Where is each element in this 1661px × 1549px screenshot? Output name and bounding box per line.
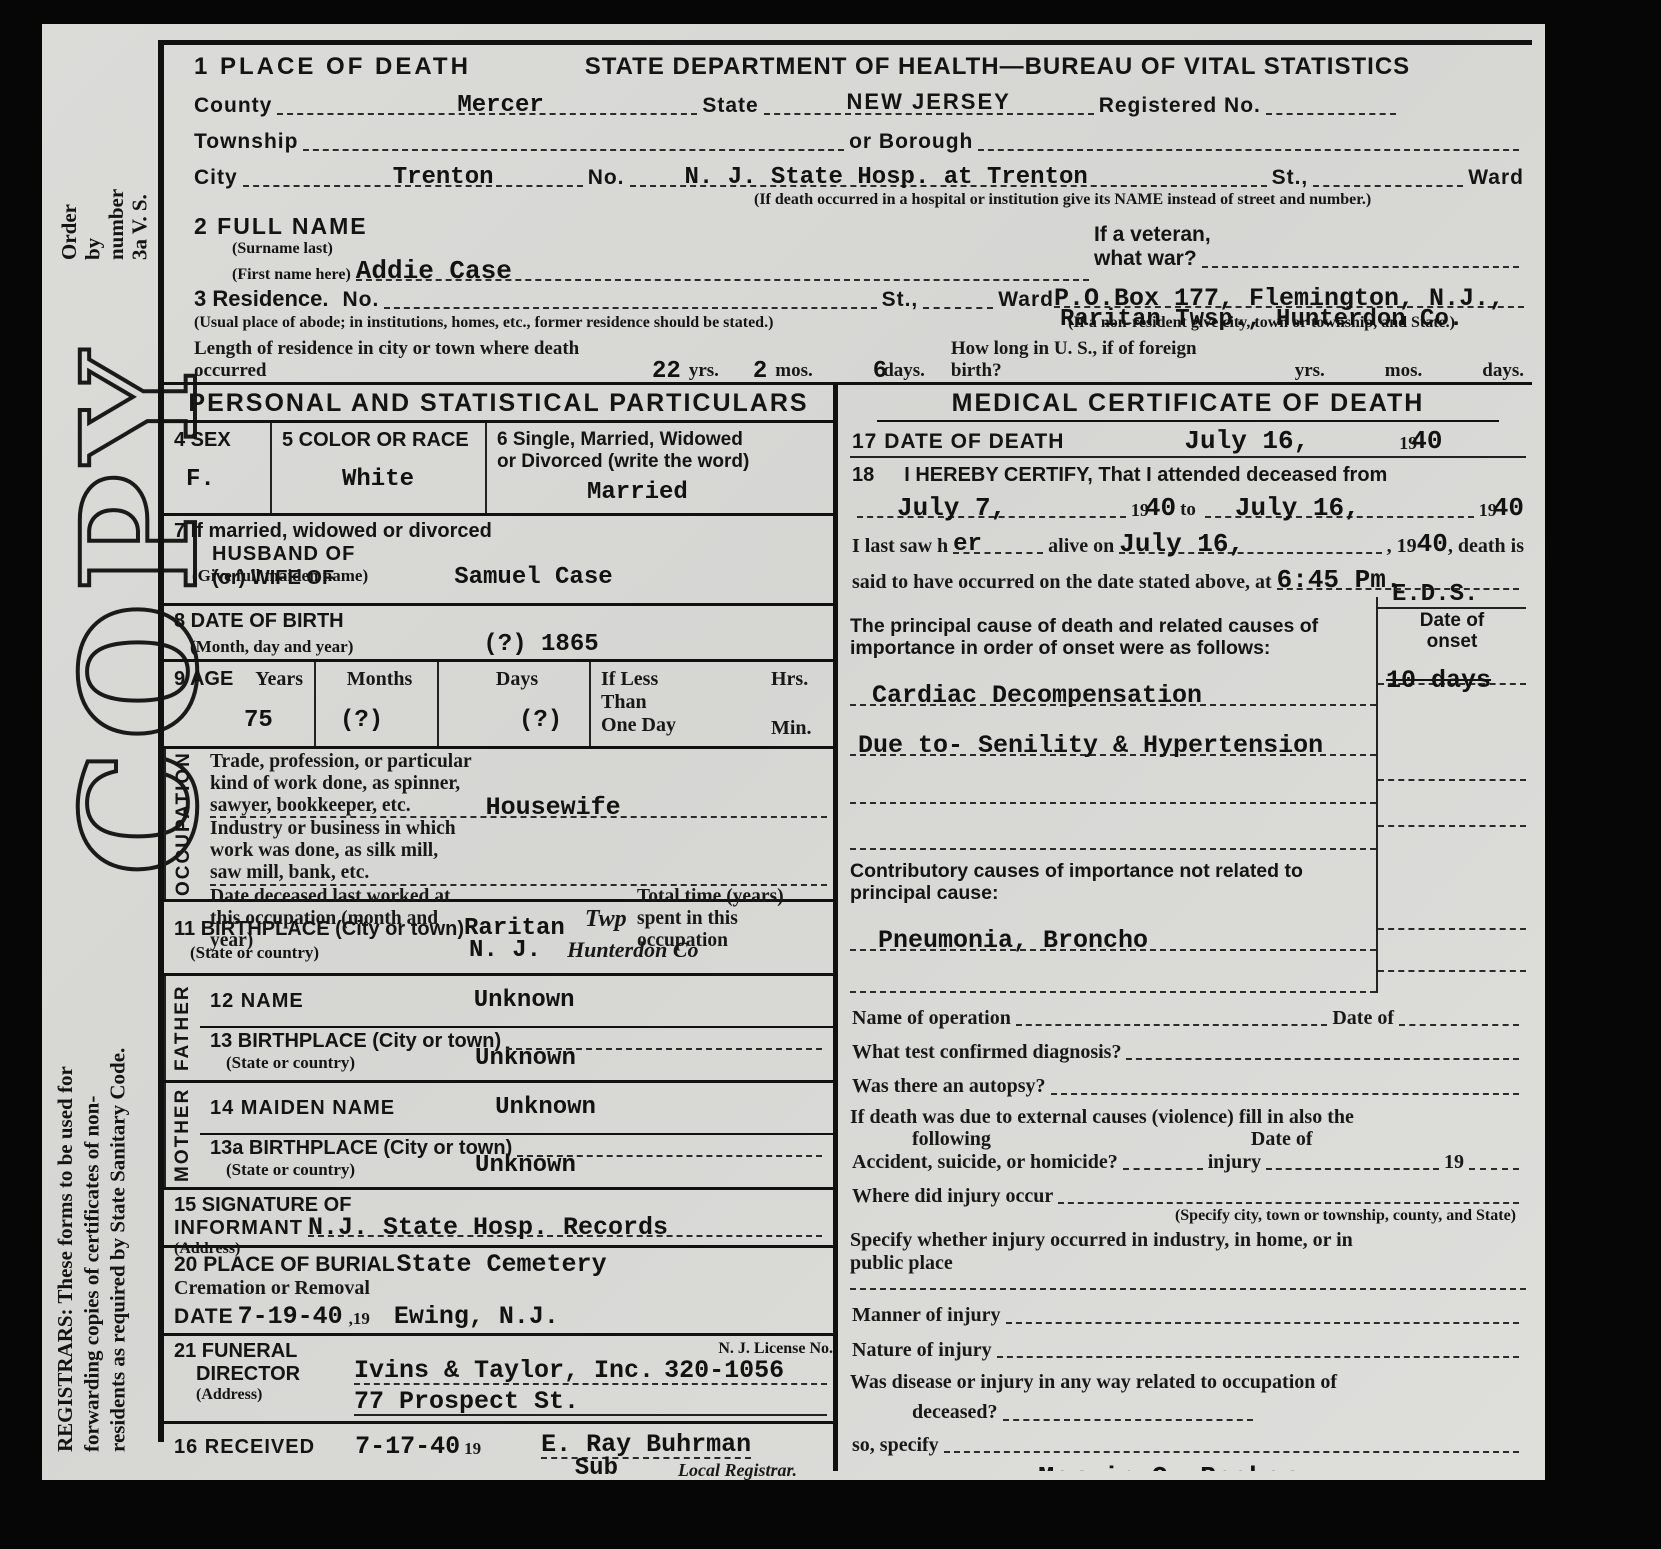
- father-name-label: 12 NAME: [210, 990, 304, 1013]
- where-injury-field: [1058, 1202, 1519, 1204]
- date-of-birth-row: 8 DATE OF BIRTH (Month, day and year) (?…: [164, 606, 833, 662]
- deceased-q-label: deceased?: [852, 1401, 998, 1423]
- ifso-field: [944, 1451, 1519, 1453]
- md-label: , M. D.: [1465, 1470, 1524, 1471]
- informant-field: N.J. State Hosp. Records: [308, 1215, 822, 1237]
- date-of-onset-column: E.D.S. Date of onset 10 days: [1376, 597, 1526, 993]
- related-occupation-label: Was disease or injury in any way related…: [850, 1371, 1526, 1393]
- father-bp-field: [506, 1048, 822, 1050]
- county-value: Mercer: [457, 94, 543, 118]
- date-of-injury-label2: injury: [1208, 1151, 1261, 1173]
- certificate-paper: Order by number 3a V. S. COPY REGISTRARS…: [42, 24, 1545, 1480]
- death-time-field: 6:45 Pm.: [1277, 567, 1519, 590]
- sex-label: 4 SEX: [174, 429, 266, 452]
- ifless-line2: Than: [601, 691, 771, 714]
- residence-length-row: Length of residence in city or town wher…: [194, 338, 1524, 382]
- personal-particulars-column: PERSONAL AND STATISTICAL PARTICULARS 4 S…: [164, 385, 838, 1471]
- manner-field: [1006, 1322, 1519, 1324]
- lastsaw-date: July 16,: [1119, 531, 1244, 557]
- injury-year-field: [1469, 1168, 1519, 1170]
- external-causes-label: If death was due to external causes (vio…: [850, 1106, 1526, 1128]
- city-row: City Trenton No. N. J. State Hosp. at Tr…: [194, 166, 1524, 190]
- to-year: 40: [1493, 495, 1524, 521]
- cause-of-death-block: The principal cause of death and related…: [850, 597, 1526, 993]
- specify-field: [850, 1274, 1526, 1290]
- age-label: 9 AGE: [174, 668, 233, 691]
- burial-19: ,19: [349, 1309, 370, 1329]
- county-field: Mercer: [277, 94, 697, 115]
- married-line2: HUSBAND OF: [174, 543, 827, 566]
- lastsaw-text2: alive on: [1048, 535, 1114, 557]
- street-label: St.,: [1272, 166, 1309, 190]
- length-months-value: 2: [753, 360, 767, 384]
- abode-note: (Usual place of abode; in institutions, …: [194, 314, 1054, 332]
- burial-row: 20 PLACE OF BURIAL State Cemetery Cremat…: [164, 1248, 833, 1336]
- informant-line2: INFORMANT: [174, 1217, 303, 1240]
- full-name-value: Addie Case: [356, 258, 512, 284]
- operation-date-field: [1399, 1024, 1519, 1026]
- funeral-director-value: Ivins & Taylor, Inc.: [354, 1358, 654, 1383]
- injury-date-field: [1266, 1168, 1439, 1170]
- certify-block: 18 I HEREBY CERTIFY, That I attended dec…: [850, 464, 1526, 593]
- race-value: White: [342, 468, 481, 492]
- mother-bp-label: 13a BIRTHPLACE (City or town): [210, 1137, 512, 1160]
- city-field: Trenton: [243, 166, 583, 187]
- age-days-header: Days: [449, 668, 585, 691]
- contributory-label: Contributory causes of importance not re…: [850, 850, 1376, 905]
- signed-value: Marvin C. Becker: [1038, 1466, 1297, 1471]
- onset1-value: 10 days: [1386, 668, 1491, 693]
- howlong-label: How long in U. S., if of foreign birth?: [951, 338, 1235, 382]
- age-months-value: (?): [340, 709, 433, 733]
- state-value: NEW JERSEY: [847, 89, 1011, 115]
- operation-field: [1016, 1024, 1328, 1026]
- attended-from-field: July 7,: [857, 495, 1126, 518]
- mother-bp-note: (State or country): [210, 1160, 355, 1180]
- race-label: 5 COLOR OR RACE: [282, 429, 481, 452]
- mother-birthplace-row: 13a BIRTHPLACE (City or town) (State or …: [200, 1135, 833, 1187]
- following-label: following: [852, 1128, 991, 1150]
- residence-ward-label: Ward: [998, 288, 1054, 312]
- registrar-signature: E. Ray Buhrman: [541, 1432, 751, 1459]
- spouse-value: Samuel Case: [454, 566, 612, 590]
- department-title: STATE DEPARTMENT OF HEALTH—BUREAU OF VIT…: [471, 53, 1524, 81]
- sex-value: F.: [186, 468, 266, 492]
- order-by-number-note: Order by number 3a V. S.: [58, 70, 152, 260]
- min-label: Min.: [771, 717, 829, 740]
- what-war-field: [1202, 266, 1519, 268]
- autopsy-label: Was there an autopsy?: [852, 1075, 1046, 1097]
- burial-sub-label: Cremation or Removal: [174, 1277, 827, 1300]
- received-19: 19: [464, 1439, 481, 1459]
- birthplace-note: (State or country): [174, 943, 319, 963]
- registrars-note: REGISTRARS: These forms to be used for f…: [52, 792, 131, 1452]
- ifless-line3: One Day: [601, 714, 771, 737]
- residence-st-label: St.,: [882, 288, 919, 312]
- father-bp-label: 13 BIRTHPLACE (City or town): [210, 1030, 501, 1053]
- birthplace-script-county: Hunterdon Co: [567, 937, 698, 963]
- residence-st-field: [923, 307, 993, 309]
- residence-value-field: P.O.Box 177, Flemington, N.J.,: [1054, 286, 1524, 308]
- autopsy-field: [1051, 1093, 1519, 1095]
- full-name-title: 2 FULL NAME: [194, 213, 1094, 240]
- personal-header: PERSONAL AND STATISTICAL PARTICULARS: [164, 385, 833, 423]
- certify-num: 18: [852, 464, 874, 487]
- occupation-vertical-label: OCCUPATION: [164, 749, 202, 899]
- registered-no-field: [1266, 113, 1396, 115]
- lastsaw-text4: , death is: [1448, 535, 1524, 557]
- birthplace-state-value: N. J.: [469, 939, 541, 963]
- accident-field: [1123, 1168, 1203, 1170]
- cause2-line: Due to- Senility & Hypertension: [850, 706, 1376, 756]
- registrar-title: Local Registrar.: [678, 1460, 797, 1481]
- state-field: NEW JERSEY: [764, 89, 1094, 115]
- funeral-line2: DIRECTOR: [174, 1363, 354, 1386]
- operation-label: Name of operation: [852, 1007, 1011, 1029]
- age-days-value: (?): [519, 709, 585, 733]
- extra-dashed-line: [850, 951, 1376, 993]
- signed-field: Marvin C. Becker: [1008, 1466, 1460, 1471]
- full-name-field: Addie Case: [356, 258, 1089, 281]
- mos2-label: mos.: [1385, 360, 1422, 382]
- lastsaw-date-field: July 16,: [1119, 531, 1381, 554]
- residence-no-field: [384, 307, 876, 309]
- mother-vertical-label: MOTHER: [164, 1083, 200, 1187]
- borough-field: [978, 149, 1519, 151]
- lastsaw-text1: I last saw h: [852, 535, 948, 557]
- registrar-sub: Sub: [575, 1457, 618, 1481]
- funeral-line1: 21 FUNERAL: [174, 1340, 354, 1363]
- institution-field: N. J. State Hosp. at Trenton: [630, 166, 1267, 187]
- funeral-address-value: 77 Prospect St.: [354, 1389, 579, 1414]
- city-value: Trenton: [393, 166, 494, 190]
- married-line1: 7 If married, widowed or divorced: [174, 520, 827, 543]
- nature-field: [997, 1356, 1519, 1358]
- city-label: City: [194, 166, 238, 190]
- nature-row: Nature of injury: [850, 1339, 1526, 1361]
- institution-value: N. J. State Hosp. at Trenton: [685, 166, 1088, 190]
- from-year: 40: [1145, 495, 1176, 521]
- occupation-row: OCCUPATION Trade, profession, or particu…: [164, 749, 833, 902]
- cause2-value: Due to- Senility & Hypertension: [858, 733, 1323, 758]
- birthplace-script-twp: Twp: [585, 906, 627, 933]
- mother-name-row: 14 MAIDEN NAME Unknown: [200, 1083, 833, 1135]
- residence-no-label: No.: [343, 288, 380, 312]
- cause4-line: [850, 804, 1376, 850]
- injury-19: 19: [1444, 1151, 1464, 1173]
- township-row: Township or Borough: [194, 130, 1524, 154]
- test-field: [1126, 1058, 1519, 1060]
- length-label: Length of residence in city or town wher…: [194, 338, 630, 382]
- specify-whether-label: Specify whether injury occurred in indus…: [850, 1229, 1526, 1274]
- received-date-value: 7-17-40: [355, 1434, 460, 1459]
- funeral-director-row: 21 FUNERAL DIRECTOR (Address) N. J. Lice…: [164, 1336, 833, 1424]
- hospital-note: (If death occurred in a hospital or inst…: [194, 191, 1524, 209]
- deceased-q-field: [1003, 1419, 1253, 1421]
- age-years-value: 75: [244, 709, 310, 733]
- death-time-value: 6:45 Pm.: [1277, 567, 1402, 593]
- contributory-value: Pneumonia, Broncho: [878, 928, 1148, 953]
- autopsy-row: Was there an autopsy?: [850, 1075, 1526, 1097]
- birthplace-row: 11 BIRTHPLACE (City or town) Raritan Twp…: [164, 902, 833, 976]
- father-bp-note: (State or country): [210, 1053, 355, 1073]
- burial-place2-value: Ewing, N.J.: [394, 1304, 559, 1329]
- cause3-line: [850, 756, 1376, 804]
- surname-note: (Surname last): [194, 240, 1094, 258]
- principal-cause-label: The principal cause of death and related…: [850, 597, 1376, 660]
- dod-year: 40: [1411, 428, 1442, 454]
- birth-note: (Month, day and year): [174, 637, 353, 657]
- birth-value: (?) 1865: [483, 633, 598, 657]
- veteran-label: If a veteran,: [1094, 223, 1524, 247]
- occ-trade-label: Trade, profession, or particular kind of…: [210, 751, 472, 816]
- date-of-injury-label1: Date of: [1251, 1128, 1313, 1150]
- age-months-header: Months: [326, 668, 433, 691]
- to-label: to: [1180, 499, 1196, 521]
- residence-section: 3 Residence. No. St., Ward (Usual place …: [194, 286, 1524, 338]
- burial-label: 20 PLACE OF BURIAL: [174, 1253, 395, 1277]
- cause1-line: Cardiac Decompensation: [850, 660, 1376, 706]
- burial-value: State Cemetery: [397, 1252, 607, 1277]
- medical-certificate-column: MEDICAL CERTIFICATE OF DEATH 17 DATE OF …: [838, 385, 1532, 1471]
- burial-date-value: 7-19-40: [238, 1304, 343, 1329]
- street-no-label: No.: [588, 166, 625, 190]
- yrs2-label: yrs.: [1295, 360, 1325, 382]
- where-injury-label: Where did injury occur: [852, 1185, 1053, 1207]
- registered-no-label: Registered No.: [1099, 94, 1261, 118]
- ward-label: Ward: [1468, 166, 1524, 190]
- onset1-line: 10 days: [1378, 653, 1526, 685]
- section-1-title: 1 PLACE OF DEATH: [194, 53, 471, 81]
- test-label: What test confirmed diagnosis?: [852, 1041, 1121, 1063]
- dod-label: 17 DATE OF DEATH: [852, 430, 1064, 454]
- township-field: [303, 149, 844, 151]
- deceased-q-row: deceased?: [850, 1401, 1526, 1423]
- operation-row: Name of operation Date of: [850, 1007, 1526, 1029]
- attended-to-field: July 16,: [1205, 495, 1474, 518]
- manner-label: Manner of injury: [852, 1304, 1001, 1326]
- death-certificate-form: 1 PLACE OF DEATH STATE DEPARTMENT OF HEA…: [158, 40, 1532, 1442]
- state-label: State: [702, 94, 758, 118]
- medical-header: MEDICAL CERTIFICATE OF DEATH: [877, 385, 1499, 422]
- county-state-row: County Mercer State NEW JERSEY Registere…: [194, 89, 1524, 118]
- date-of-death-row: 17 DATE OF DEATH July 16, 19 40: [850, 428, 1526, 458]
- following-row: following Date of: [850, 1128, 1526, 1150]
- father-birthplace-row: 13 BIRTHPLACE (City or town) (State or c…: [200, 1028, 833, 1080]
- what-war-label: what war?: [1094, 247, 1197, 271]
- age-row: 9 AGE Years 75 Months (?) Days (?): [164, 662, 833, 749]
- mos-label: mos.: [775, 360, 812, 382]
- mother-section: MOTHER 14 MAIDEN NAME Unknown 13a BIRTHP…: [164, 1083, 833, 1190]
- accident-label: Accident, suicide, or homicide?: [852, 1151, 1118, 1173]
- length-years-value: 22: [652, 360, 681, 384]
- days-label: days.: [883, 360, 925, 382]
- days2-label: days.: [1482, 360, 1524, 382]
- cause1-value: Cardiac Decompensation: [872, 683, 1202, 708]
- residence-value-line2: Raritan Twsp., Hunterdon Co.: [1060, 308, 1463, 332]
- attended-from-value: July 7,: [897, 495, 1006, 521]
- age-years-header: Years: [255, 668, 303, 691]
- contributory-line: Pneumonia, Broncho: [850, 905, 1376, 951]
- married-line4: (or) WIFE OF: [174, 567, 334, 590]
- mother-bp-field: [517, 1155, 822, 1157]
- father-bp-value: Unknown: [475, 1047, 576, 1071]
- ifso-row: so, specify: [850, 1434, 1526, 1456]
- birthplace-label: 11 BIRTHPLACE (City or town): [174, 918, 464, 941]
- onset-header: Date of onset: [1378, 609, 1526, 653]
- place-of-death-section: 1 PLACE OF DEATH STATE DEPARTMENT OF HEA…: [164, 45, 1532, 382]
- where-injury-note: (Specify city, town or township, county,…: [850, 1207, 1526, 1225]
- residence-title: 3 Residence.: [194, 286, 329, 312]
- received-row: 16 RECEIVED 7-17-40 19 E. Ray Buhrman Su…: [164, 1424, 833, 1481]
- burial-date-label: DATE: [174, 1305, 234, 1329]
- father-name-value: Unknown: [474, 989, 575, 1013]
- father-section: FATHER 12 NAME Unknown 13 BIRTHPLACE (Ci…: [164, 976, 833, 1083]
- lastsaw-19: , 19: [1387, 535, 1417, 557]
- lastsaw-er: er: [953, 533, 982, 557]
- funeral-address-note: (Address): [174, 1386, 354, 1404]
- mother-name-label: 14 MAIDEN NAME: [210, 1097, 395, 1120]
- accident-row: Accident, suicide, or homicide? injury 1…: [850, 1151, 1526, 1173]
- borough-label: or Borough: [849, 130, 973, 154]
- operation-date-label: Date of: [1332, 1007, 1394, 1029]
- firstname-note: (First name here): [194, 266, 351, 284]
- nature-label: Nature of injury: [852, 1339, 992, 1361]
- mother-bp-value: Unknown: [475, 1154, 576, 1178]
- lastsaw-er-field: er: [953, 533, 1043, 554]
- mother-name-value: Unknown: [495, 1096, 596, 1120]
- attended-to-value: July 16,: [1235, 495, 1360, 521]
- father-name-row: 12 NAME Unknown: [200, 976, 833, 1028]
- township-label: Township: [194, 130, 298, 154]
- marital-label: 6 Single, Married, Widowed or Divorced (…: [497, 429, 829, 473]
- dod-value: July 16,: [1184, 428, 1309, 454]
- hrs-label: Hrs.: [771, 668, 829, 691]
- father-vertical-label: FATHER: [164, 976, 200, 1080]
- birth-label: 8 DATE OF BIRTH: [174, 610, 827, 633]
- informant-value: N.J. State Hosp. Records: [308, 1215, 668, 1240]
- full-name-section: 2 FULL NAME (Surname last) (First name h…: [194, 213, 1524, 284]
- received-label: 16 RECEIVED: [174, 1436, 315, 1459]
- ifso-label: so, specify: [852, 1434, 939, 1456]
- manner-row: Manner of injury: [850, 1304, 1526, 1326]
- signed-row: (Signed) Marvin C. Becker , M. D.: [850, 1466, 1526, 1471]
- informant-row: 15 SIGNATURE OF INFORMANT N.J. State Hos…: [164, 1190, 833, 1248]
- occ-trade-value: Housewife: [486, 795, 621, 820]
- yrs-label: yrs.: [689, 360, 719, 382]
- where-injury-row: Where did injury occur: [850, 1185, 1526, 1207]
- street-field: [1313, 185, 1463, 187]
- occurred-text: said to have occurred on the date stated…: [852, 571, 1272, 593]
- county-label: County: [194, 94, 272, 118]
- lastsaw-year: 40: [1417, 531, 1448, 557]
- test-row: What test confirmed diagnosis?: [850, 1041, 1526, 1063]
- ifless-line1: If Less: [601, 668, 771, 691]
- marital-value: Married: [587, 481, 829, 505]
- occ-industry-label: Industry or business in which work was d…: [210, 818, 456, 883]
- spouse-row: 7 If married, widowed or divorced HUSBAN…: [164, 516, 833, 606]
- certify-text: I HEREBY CERTIFY, That I attended deceas…: [904, 464, 1387, 487]
- sex-race-marital-row: 4 SEX F. 5 COLOR OR RACE White 6 Single,…: [164, 423, 833, 516]
- license-value: 320-1056: [664, 1358, 784, 1383]
